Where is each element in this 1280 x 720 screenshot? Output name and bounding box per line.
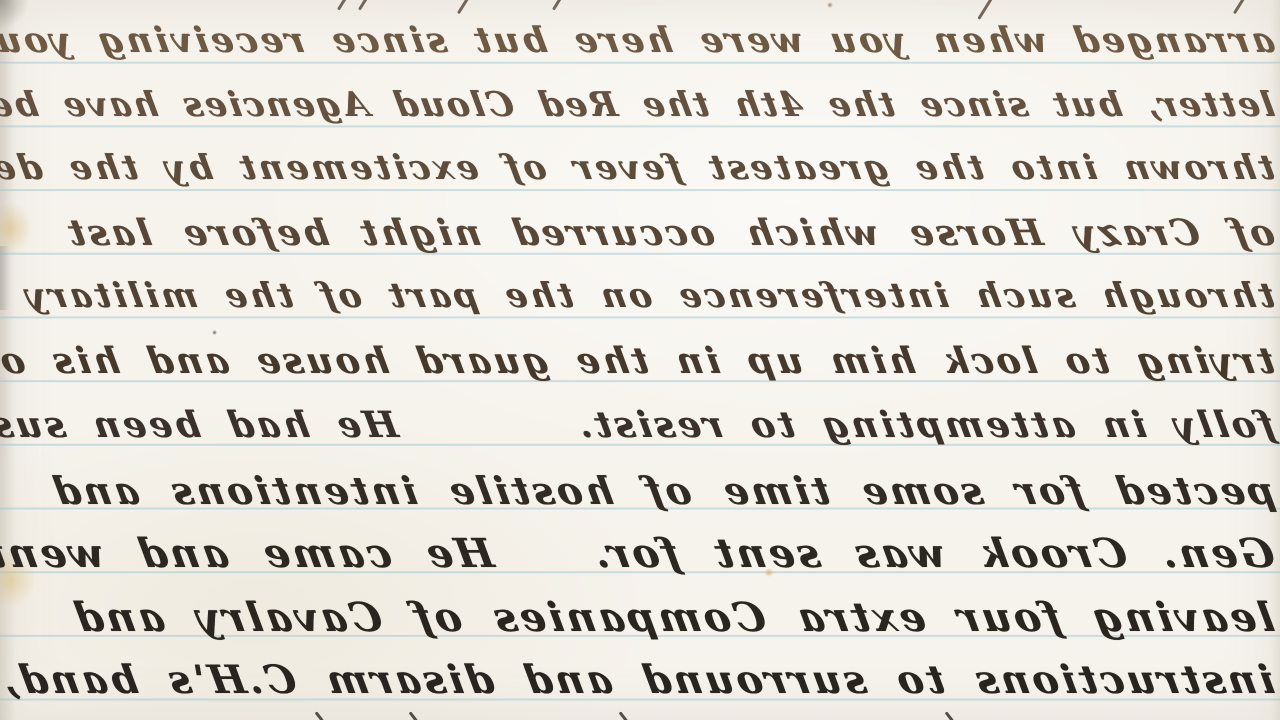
handwriting-line-6: trying to lock him up in the guard house… xyxy=(0,340,1278,382)
handwriting-line-1: arranged when you were here but since re… xyxy=(0,20,1278,61)
handwriting-line-2: letter, but since the 4th the Red Cloud … xyxy=(0,85,1278,125)
handwriting-line-8: pected for some time of hostile intentio… xyxy=(47,468,1278,513)
mirrored-handwriting-block: arranged when you were here but since re… xyxy=(0,0,1280,720)
handwriting-line-5: through such interference on the part of… xyxy=(0,276,1278,316)
handwriting-line-11: instructions to surround and disarm C.H'… xyxy=(0,657,1278,703)
handwritten-letter-page: arranged when you were here but since re… xyxy=(0,0,1280,720)
handwriting-line-3: thrown into the greatest fever of excite… xyxy=(0,148,1278,188)
handwriting-line-9: Gen. Crook was sent for. He came and wen… xyxy=(0,530,1278,577)
handwriting-line-10: leaving four extra Companies of Cavalry … xyxy=(68,594,1278,641)
handwriting-line-7: folly in attempting to resist. He had be… xyxy=(0,404,1278,446)
handwriting-line-4: of Crazy Horse which occurred night befo… xyxy=(62,212,1278,254)
